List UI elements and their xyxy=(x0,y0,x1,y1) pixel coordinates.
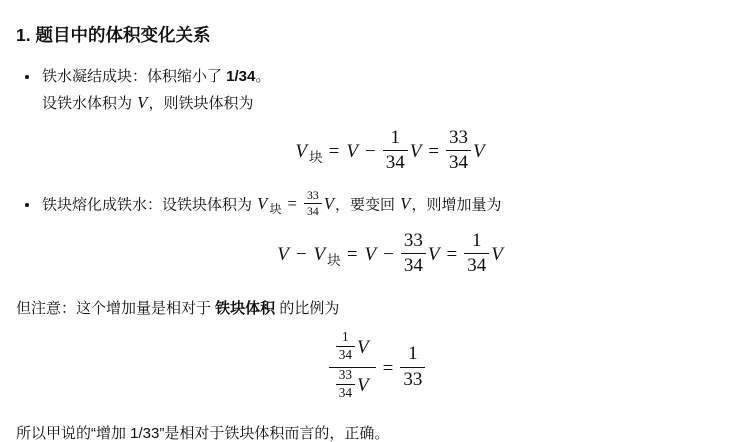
melt-line: 铁块熔化成铁水：设铁块体积为 V块=3334V，要变回 V，则增加量为 xyxy=(42,191,738,220)
text-segment: ，则铁块体积为 xyxy=(148,95,253,112)
solidify-line-1: 铁水凝结成块：体积缩小了 1/34。 xyxy=(42,64,738,90)
inline-math-volume-v: V xyxy=(136,93,148,112)
text-segment: 的比例为 xyxy=(275,300,339,317)
formula-block-ratio: 134V3334V=133 xyxy=(16,332,738,407)
inline-math-block-volume: V块=3334V xyxy=(256,194,335,213)
bold-fraction-text: 1/34 xyxy=(226,68,255,85)
text-segment: 设铁水体积为 xyxy=(42,95,136,112)
text-segment: ，要变回 xyxy=(335,196,399,213)
bold-block-volume-text: 铁块体积 xyxy=(215,300,275,317)
conclusion-paragraph: 所以甲说的“增加 1/33”是相对于铁块体积而言的，正确。 xyxy=(16,421,738,442)
list-item-solidify: 铁水凝结成块：体积缩小了 1/34。 设铁水体积为 V，则铁块体积为 V块=V−… xyxy=(40,64,738,176)
text-segment: 铁水凝结成块：体积缩小了 xyxy=(42,68,226,85)
note-paragraph: 但注意：这个增加量是相对于 铁块体积 的比例为 xyxy=(16,296,738,322)
list-item-melt: 铁块熔化成铁水：设铁块体积为 V块=3334V，要变回 V，则增加量为 V−V块… xyxy=(40,191,738,280)
text-segment: 但注意：这个增加量是相对于 xyxy=(16,300,215,317)
bullet-list: 铁水凝结成块：体积缩小了 1/34。 设铁水体积为 V，则铁块体积为 V块=V−… xyxy=(16,64,738,279)
text-segment: ，则增加量为 xyxy=(411,196,501,213)
formula-block-increase: V−V块=V−3334V=134V xyxy=(42,232,738,280)
inline-math-volume-v: V xyxy=(399,194,411,213)
page-title: 1. 题目中的体积变化关系 xyxy=(16,22,738,48)
document: 1. 题目中的体积变化关系 铁水凝结成块：体积缩小了 1/34。 设铁水体积为 … xyxy=(16,22,738,442)
text-segment: 。 xyxy=(255,68,270,85)
text-segment: 铁块熔化成铁水：设铁块体积为 xyxy=(42,196,256,213)
solidify-line-2: 设铁水体积为 V，则铁块体积为 xyxy=(42,91,738,117)
formula-block-volume: V块=V−134V=3334V xyxy=(42,129,738,177)
